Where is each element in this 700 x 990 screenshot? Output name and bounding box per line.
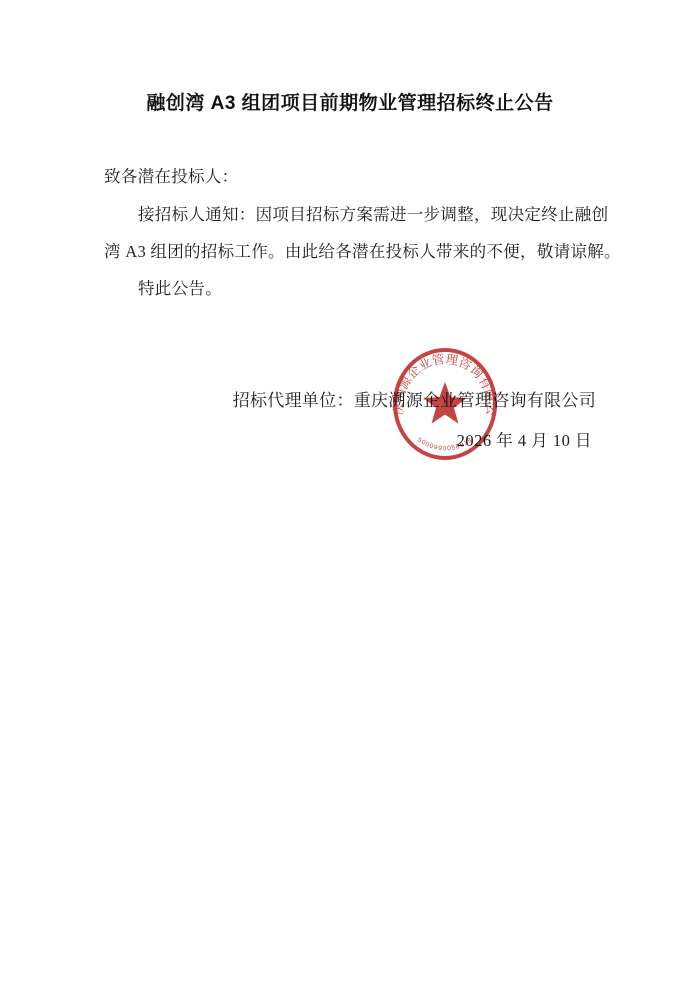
salutation: 致各潜在投标人： xyxy=(104,166,238,188)
seal-serial-textpath: 5000990058918 xyxy=(416,436,474,452)
document-page: 融创湾 A3 组团项目前期物业管理招标终止公告 致各潜在投标人： 接招标人通知：… xyxy=(0,0,700,990)
agency-label: 招标代理单位： xyxy=(233,391,354,410)
company-seal: 重庆溯源企业管理咨询有限公司 5000990058918 xyxy=(390,344,500,464)
body-paragraph-line: 湾 A3 组团的招标工作。由此给各潜在投标人带来的不便，敬请谅解。 xyxy=(104,241,621,263)
body-paragraph-line: 接招标人通知：因项目招标方案需进一步调整，现决定终止融创 xyxy=(138,204,608,226)
body-paragraph-line: 特此公告。 xyxy=(138,278,222,300)
seal-star-icon xyxy=(423,382,467,424)
seal-serial-text: 5000990058918 xyxy=(416,436,474,452)
document-title: 融创湾 A3 组团项目前期物业管理招标终止公告 xyxy=(0,88,700,115)
